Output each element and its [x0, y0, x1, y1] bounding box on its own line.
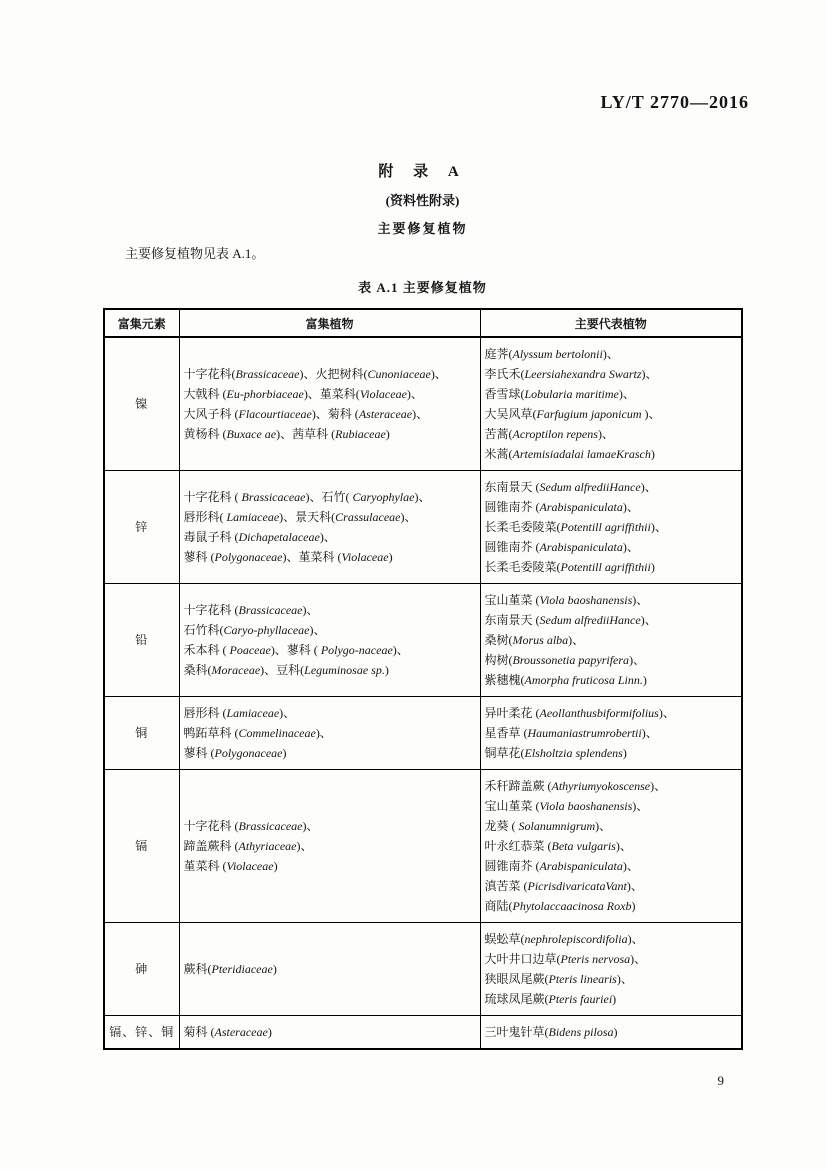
plants-table: 富集元素 富集植物 主要代表植物 镍十字花科(Brassicaceae)、火把树… — [103, 308, 743, 1050]
cell-element: 砷 — [104, 923, 179, 1016]
cell-representatives: 庭荠(Alyssum bertolonii)、李氏禾(Leersiahexand… — [480, 337, 742, 471]
cell-element: 镉、锌、铜 — [104, 1016, 179, 1050]
table-header-row: 富集元素 富集植物 主要代表植物 — [104, 309, 742, 337]
appendix-heading: 主要修复植物 — [100, 218, 745, 237]
table-row: 铜唇形科 (Lamiaceae)、鸭跖草科 (Commelinaceae)、蓼科… — [104, 697, 742, 770]
column-header-element: 富集元素 — [104, 309, 179, 337]
cell-plants: 十字花科 (Brassicaceae)、蹄盖蕨科 (Athyriaceae)、堇… — [179, 770, 480, 923]
table-body: 镍十字花科(Brassicaceae)、火把树科(Cunoniaceae)、大戟… — [104, 337, 742, 1049]
table-caption: 表 A.1 主要修复植物 — [100, 277, 745, 296]
table-row: 镉、锌、铜菊科 (Asteraceae)三叶鬼针草(Bidens pilosa) — [104, 1016, 742, 1050]
plants-table-wrap: 富集元素 富集植物 主要代表植物 镍十字花科(Brassicaceae)、火把树… — [103, 308, 743, 1050]
cell-plants: 十字花科 ( Brassicaceae)、石竹( Caryophylae)、唇形… — [179, 471, 480, 584]
intro-paragraph: 主要修复植物见表 A.1。 — [125, 243, 264, 262]
column-header-representatives: 主要代表植物 — [480, 309, 742, 337]
standard-number: LY/T 2770—2016 — [600, 92, 749, 113]
cell-element: 铅 — [104, 584, 179, 697]
cell-representatives: 异叶柔花 (Aeollanthusbiformifolius)、星香草 (Hau… — [480, 697, 742, 770]
appendix-subtitle: (资料性附录) — [100, 190, 745, 209]
table-row: 锌十字花科 ( Brassicaceae)、石竹( Caryophylae)、唇… — [104, 471, 742, 584]
table-row: 铅十字花科 (Brassicaceae)、石竹科(Caryo-phyllacea… — [104, 584, 742, 697]
cell-representatives: 三叶鬼针草(Bidens pilosa) — [480, 1016, 742, 1050]
cell-element: 镍 — [104, 337, 179, 471]
table-row: 镉十字花科 (Brassicaceae)、蹄盖蕨科 (Athyriaceae)、… — [104, 770, 742, 923]
appendix-header: 附 录 A (资料性附录) 主要修复植物 — [100, 160, 745, 237]
column-header-plants: 富集植物 — [179, 309, 480, 337]
cell-plants: 唇形科 (Lamiaceae)、鸭跖草科 (Commelinaceae)、蓼科 … — [179, 697, 480, 770]
cell-plants: 蕨科(Pteridiaceae) — [179, 923, 480, 1016]
cell-representatives: 蜈蚣草(nephrolepiscordifolia)、大叶井口边草(Pteris… — [480, 923, 742, 1016]
table-row: 砷蕨科(Pteridiaceae)蜈蚣草(nephrolepiscordifol… — [104, 923, 742, 1016]
appendix-title: 附 录 A — [100, 160, 745, 181]
cell-element: 铜 — [104, 697, 179, 770]
document-page: LY/T 2770—2016 附 录 A (资料性附录) 主要修复植物 主要修复… — [0, 0, 827, 1169]
cell-plants: 菊科 (Asteraceae) — [179, 1016, 480, 1050]
cell-representatives: 禾秆蹄盖蕨 (Athyriumyokoscense)、宝山堇菜 (Viola b… — [480, 770, 742, 923]
cell-representatives: 东南景天 (Sedum alfrediiHance)、圆锥南芥 (Arabisp… — [480, 471, 742, 584]
cell-element: 镉 — [104, 770, 179, 923]
table-row: 镍十字花科(Brassicaceae)、火把树科(Cunoniaceae)、大戟… — [104, 337, 742, 471]
cell-representatives: 宝山堇菜 (Viola baoshanensis)、东南景天 (Sedum al… — [480, 584, 742, 697]
page-number: 9 — [718, 1073, 725, 1089]
cell-element: 锌 — [104, 471, 179, 584]
cell-plants: 十字花科(Brassicaceae)、火把树科(Cunoniaceae)、大戟科… — [179, 337, 480, 471]
cell-plants: 十字花科 (Brassicaceae)、石竹科(Caryo-phyllaceae… — [179, 584, 480, 697]
